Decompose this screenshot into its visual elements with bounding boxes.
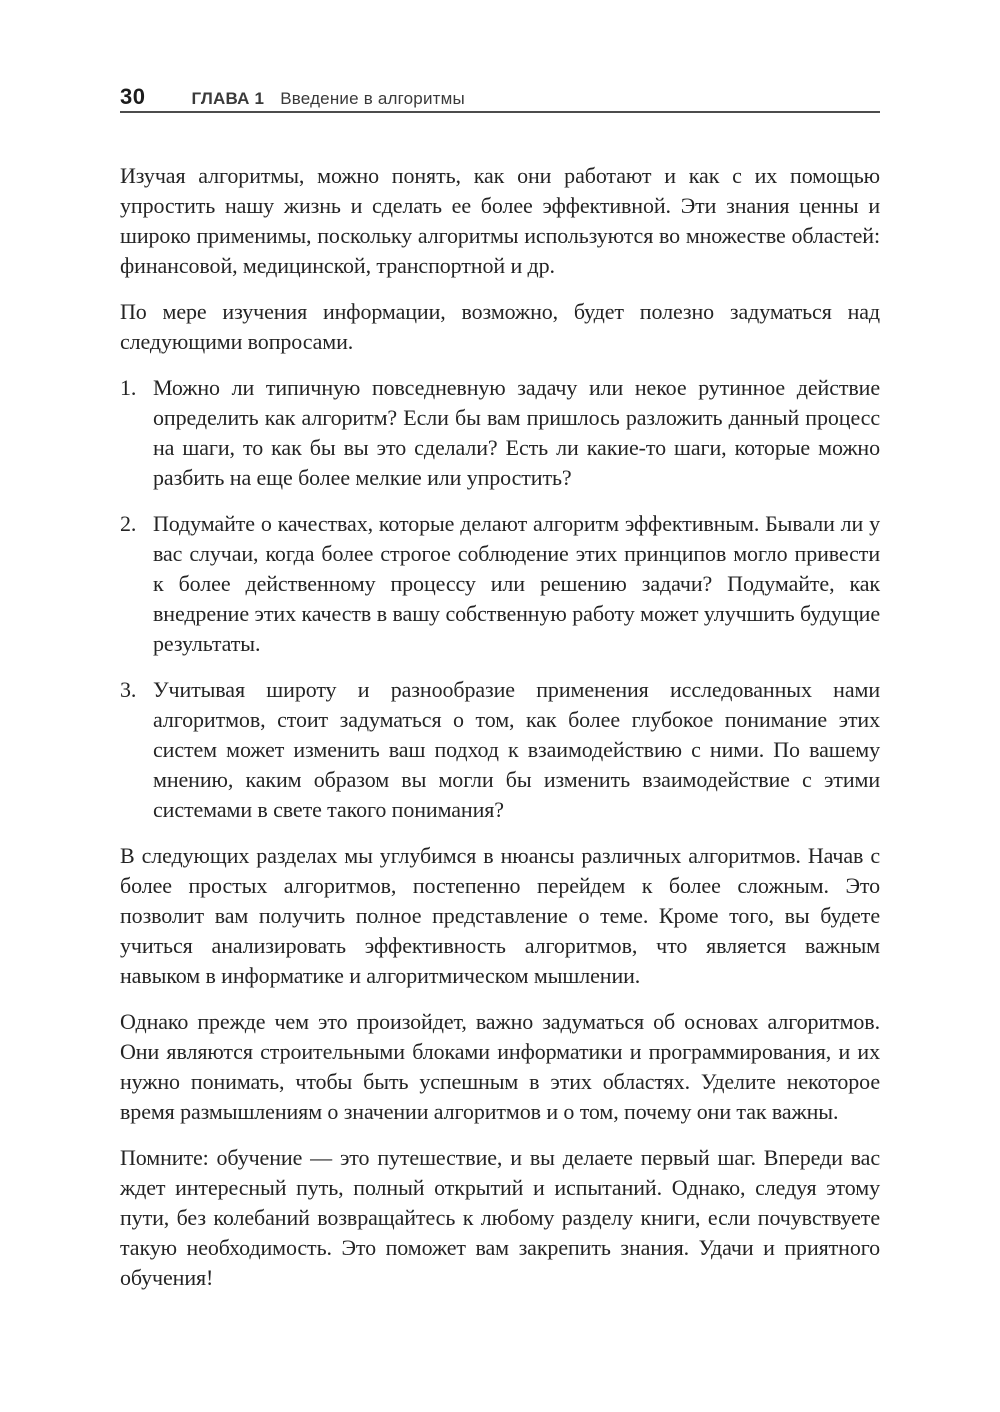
book-page: 30 ГЛАВА 1 Введение в алгоритмы Изучая а… — [0, 0, 1000, 1412]
question-item-1: 1. Можно ли типичную повседневную задачу… — [120, 373, 880, 493]
question-1-text: Можно ли типичную повседневную задачу ил… — [153, 373, 880, 493]
page-number: 30 — [120, 84, 145, 110]
page-content: Изучая алгоритмы, можно понять, как они … — [120, 161, 880, 1309]
question-3-number: 3. — [120, 675, 153, 825]
paragraph-closing-2: Однако прежде чем это произойдет, важно … — [120, 1007, 880, 1127]
page-header: 30 ГЛАВА 1 Введение в алгоритмы — [120, 84, 880, 110]
question-2-number: 2. — [120, 509, 153, 659]
paragraph-closing-1: В следующих разделах мы углубимся в нюан… — [120, 841, 880, 991]
question-1-number: 1. — [120, 373, 153, 493]
chapter-label: ГЛАВА 1 — [191, 89, 264, 109]
question-item-2: 2. Подумайте о качествах, которые делают… — [120, 509, 880, 659]
paragraph-closing-3: Помните: обучение — это путешествие, и в… — [120, 1143, 880, 1293]
question-item-3: 3. Учитывая широту и разнообразие примен… — [120, 675, 880, 825]
question-2-text: Подумайте о качествах, которые делают ал… — [153, 509, 880, 659]
paragraph-intro-1: Изучая алгоритмы, можно понять, как они … — [120, 161, 880, 281]
chapter-title: Введение в алгоритмы — [280, 89, 465, 109]
question-3-text: Учитывая широту и разнообразие применени… — [153, 675, 880, 825]
paragraph-intro-2: По мере изучения информации, возможно, б… — [120, 297, 880, 357]
header-divider — [120, 111, 880, 113]
questions-list: 1. Можно ли типичную повседневную задачу… — [120, 373, 880, 825]
